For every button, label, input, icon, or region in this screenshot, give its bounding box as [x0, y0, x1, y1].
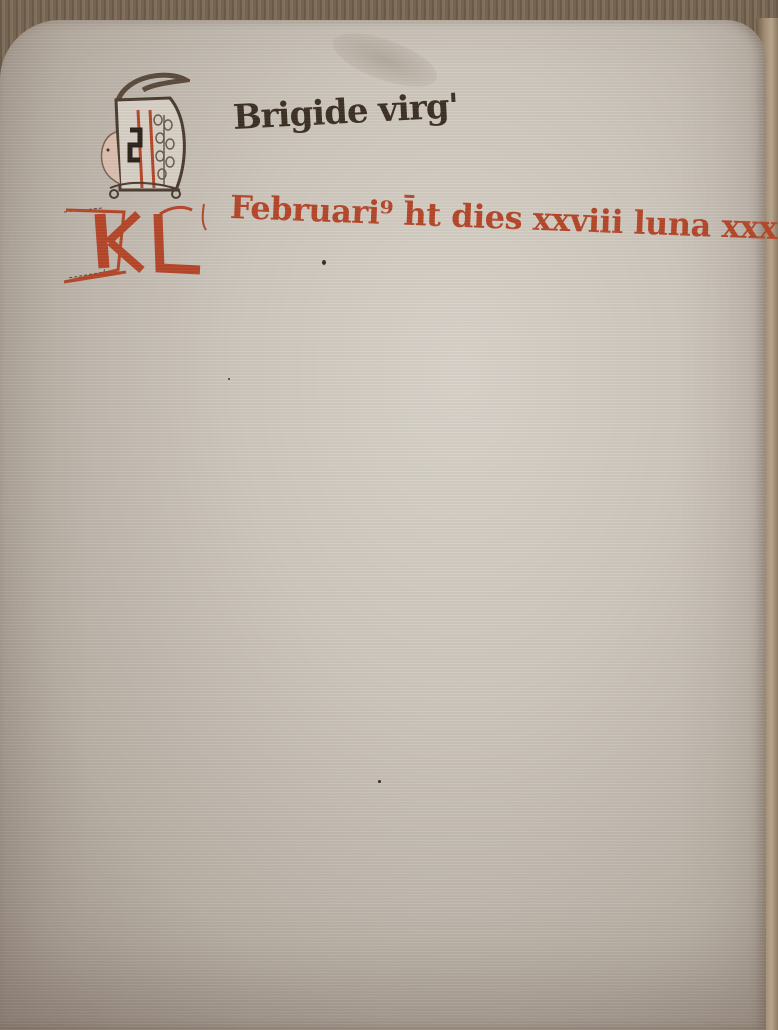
saint-feast-line: Brigide virg': [232, 86, 459, 138]
ink-speck: [228, 378, 230, 380]
kl-monogram: [64, 200, 214, 290]
ink-speck: [378, 780, 381, 783]
ink-speck: [322, 260, 326, 265]
manuscript-page: Brigide virg' Februari⁹ h̄t dies xxviii …: [0, 20, 766, 1030]
month-rubric-line: Februari⁹ h̄t dies xxviii luna xxx·: [229, 188, 778, 247]
page-stain: [326, 22, 443, 97]
decorated-initial-d: [98, 70, 190, 210]
